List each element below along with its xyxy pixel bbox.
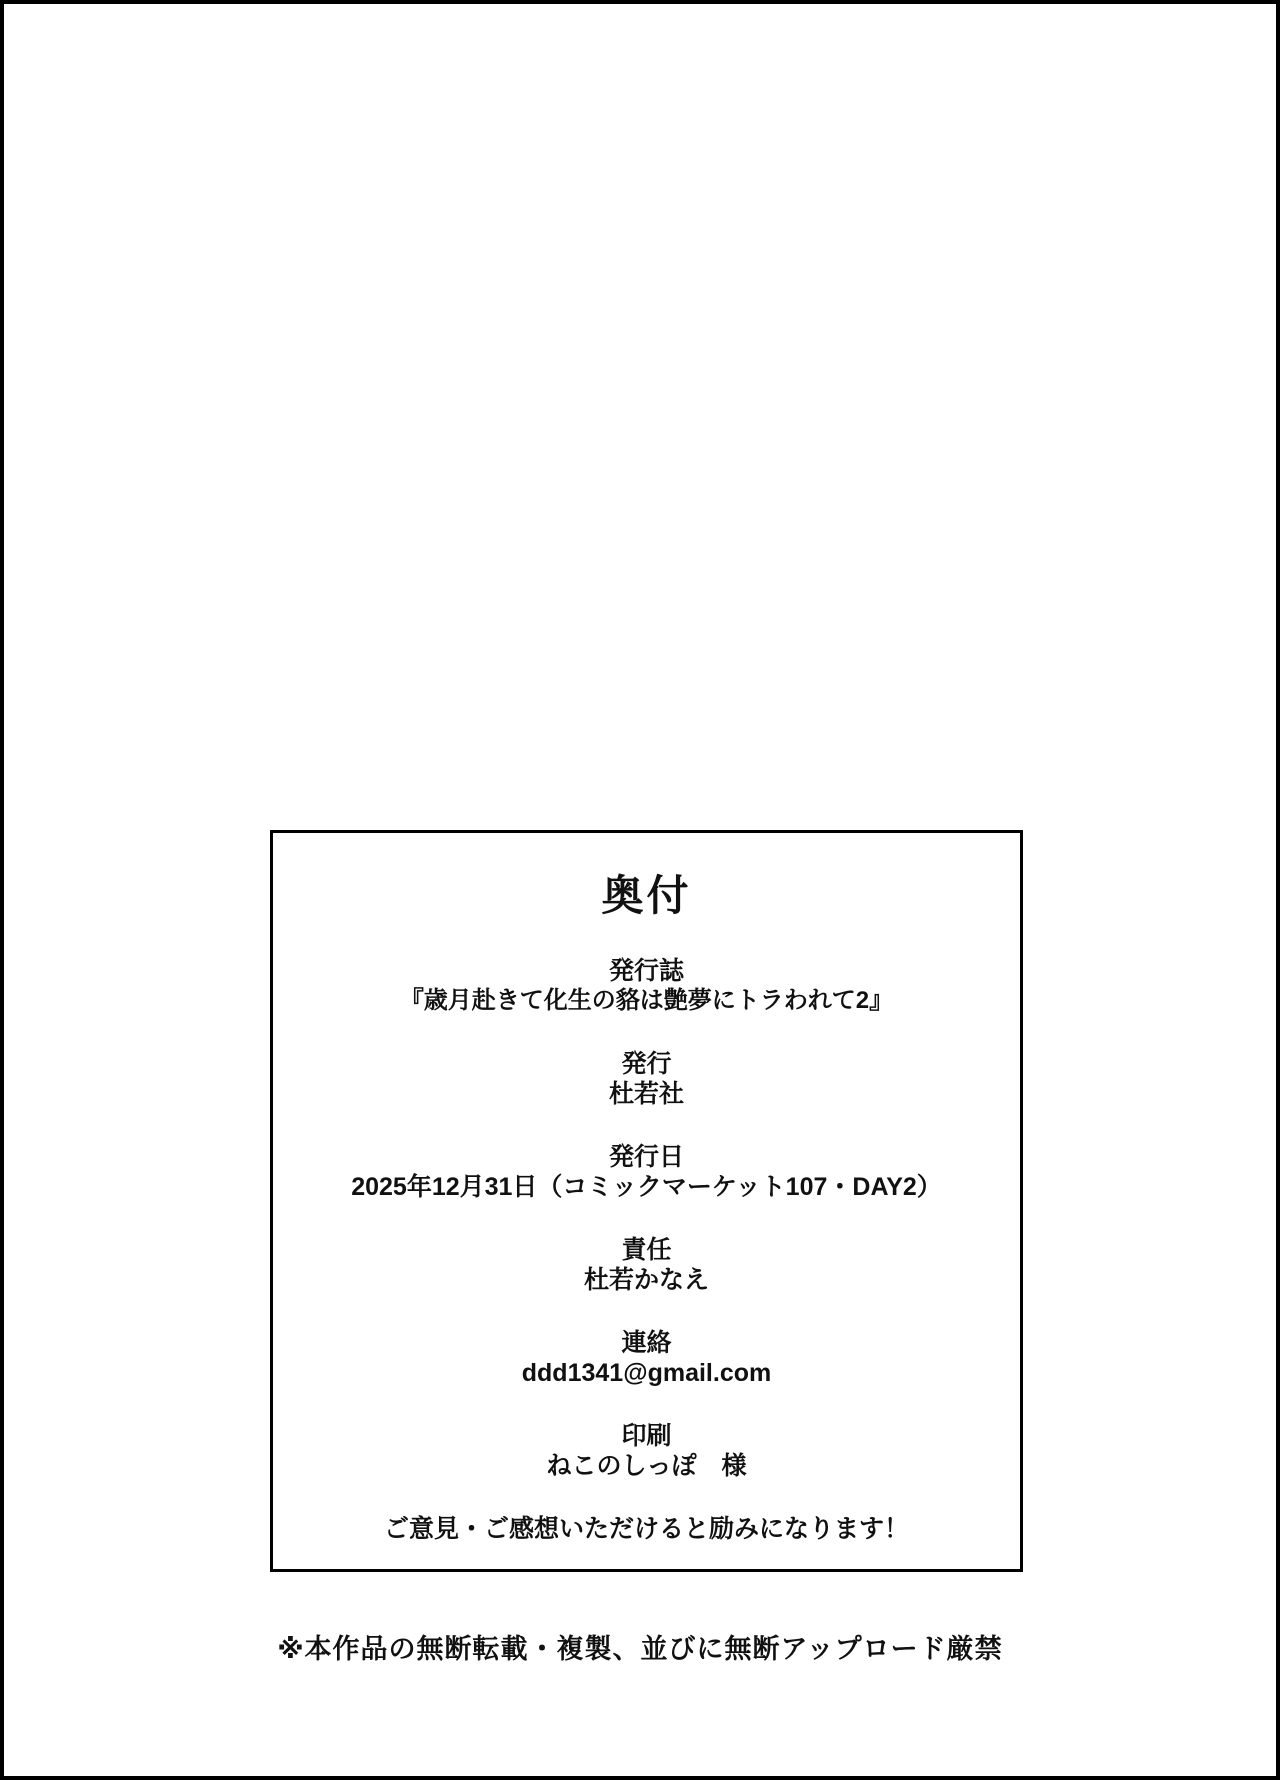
contact-email: ddd1341@gmail.com	[273, 1358, 1020, 1388]
publish-date-label: 発行日	[273, 1142, 1020, 1172]
colophon-entry-publish-date: 発行日 2025年12月31日（コミックマーケット107・DAY2）	[273, 1142, 1020, 1202]
publisher-label: 発行	[273, 1049, 1020, 1079]
publisher-name: 杜若社	[273, 1079, 1020, 1109]
colophon-title: 奥付	[273, 873, 1020, 919]
copyright-notice: ※本作品の無断転載・複製、並びに無断アップロード厳禁	[4, 1632, 1276, 1666]
printer-name: ねこのしっぽ 様	[273, 1451, 1020, 1481]
colophon-page: 奥付 発行誌 『歳月赴きて化生の貉は艶夢にトラわれて2』 発行 杜若社 発行日 …	[0, 0, 1280, 1780]
colophon-entry-publisher: 発行 杜若社	[273, 1049, 1020, 1109]
colophon-entry-contact: 連絡 ddd1341@gmail.com	[273, 1328, 1020, 1388]
contact-label: 連絡	[273, 1328, 1020, 1358]
colophon-box: 奥付 発行誌 『歳月赴きて化生の貉は艶夢にトラわれて2』 発行 杜若社 発行日 …	[270, 830, 1023, 1572]
responsible-label: 責任	[273, 1235, 1020, 1265]
printer-label: 印刷	[273, 1421, 1020, 1451]
feedback-message: ご意見・ご感想いただけると励みになります！	[273, 1514, 1020, 1544]
colophon-entry-printer: 印刷 ねこのしっぽ 様	[273, 1421, 1020, 1481]
colophon-entry-responsible: 責任 杜若かなえ	[273, 1235, 1020, 1295]
colophon-entry-publication: 発行誌 『歳月赴きて化生の貉は艶夢にトラわれて2』	[273, 956, 1020, 1016]
publish-date-value: 2025年12月31日（コミックマーケット107・DAY2）	[273, 1172, 1020, 1202]
responsible-name: 杜若かなえ	[273, 1265, 1020, 1295]
publication-title: 『歳月赴きて化生の貉は艶夢にトラわれて2』	[273, 986, 1020, 1016]
publication-label: 発行誌	[273, 956, 1020, 986]
